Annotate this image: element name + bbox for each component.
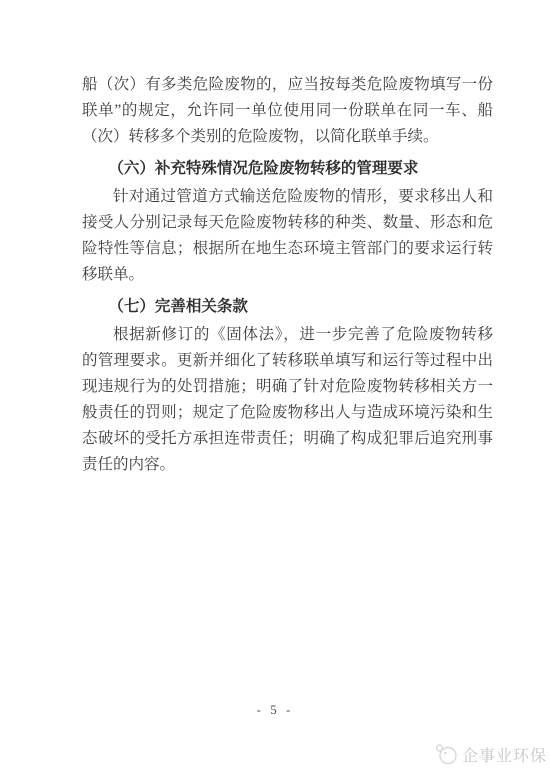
section-heading: （六）补充特殊情况危险废物转移的管理要求 <box>82 156 493 182</box>
text-line: 船（次）有多类危险废物的，应当按每类危险废物填写一份 <box>82 72 493 98</box>
text-line: 移联单。 <box>82 262 493 288</box>
watermark: 企事业环保 <box>434 742 547 766</box>
text-line: 责任的内容。 <box>82 452 493 478</box>
section-heading: （七）完善相关条款 <box>82 294 493 320</box>
document-text-block: 船（次）有多类危险废物的，应当按每类危险废物填写一份联单”的规定，允许同一单位使… <box>82 72 493 478</box>
text-line: （次）转移多个类别的危险废物，以简化联单手续。 <box>82 124 493 150</box>
text-line: 根据新修订的《固体法》，进一步完善了危险废物转移 <box>82 322 493 348</box>
text-line: 险特性等信息；根据所在地生态环境主管部门的要求运行转 <box>82 236 493 262</box>
text-line: 的管理要求。更新并细化了转移联单填写和运行等过程中出 <box>82 348 493 374</box>
text-line: 接受人分别记录每天危险废物转移的种类、数量、形态和危 <box>82 210 493 236</box>
watermark-label: 企事业环保 <box>462 743 547 766</box>
text-line: 现违规行为的处罚措施；明确了针对危险废物转移相关方一 <box>82 374 493 400</box>
text-line: 针对通过管道方式输送危险废物的情形，要求移出人和 <box>82 184 493 210</box>
mascot-logo-icon <box>434 742 459 766</box>
text-line: 态破坏的受托方承担连带责任；明确了构成犯罪后追究刑事 <box>82 426 493 452</box>
text-line: 联单”的规定，允许同一单位使用同一份联单在同一车、船 <box>82 98 493 124</box>
text-line: 般责任的罚则；规定了危险废物移出人与造成环境污染和生 <box>82 400 493 426</box>
page-number: - 5 - <box>0 702 550 718</box>
